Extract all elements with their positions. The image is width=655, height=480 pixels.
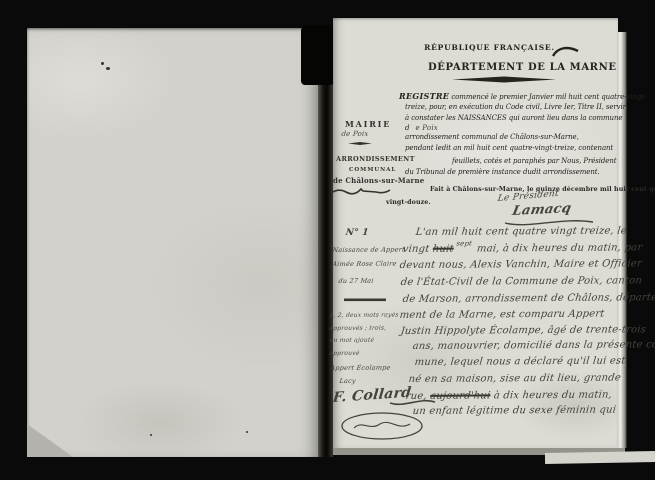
left-page-blank <box>27 28 320 457</box>
renvoi-note-line: approuvés ; trois, <box>329 325 387 332</box>
mairie-commune-handwritten: de Poix <box>341 130 369 138</box>
margin-title-line: du 27 Mai <box>338 277 374 285</box>
departement-title: DÉPARTEMENT DE LA MARNE <box>428 62 578 73</box>
act-line: de Marson, arrondissement de Châlons, dé… <box>402 292 655 305</box>
struck-word: aujourd'hui <box>430 390 492 401</box>
republique-title: RÉPUBLIQUE FRANÇAISE. <box>422 43 557 52</box>
act-line: ans, manouvrier, domicilié dans la prése… <box>412 339 655 352</box>
act-line: devant nous, Alexis Vanchin, Maire et Of… <box>399 258 643 271</box>
fait-a-line-wrap: vingt-douze. <box>386 199 431 206</box>
renvoi-note-line: un mot ajouté <box>329 337 375 344</box>
commune-name-handwritten: e Poix <box>416 124 438 132</box>
struck-word: huit <box>432 244 454 255</box>
act-line: de l'État-Civil de la Commune de Poix, c… <box>400 275 643 288</box>
act-line: un enfant légitime du sexe féminin qui <box>412 405 617 417</box>
registre-paragraph-line: du Tribunal de première instance dudit a… <box>405 168 600 176</box>
act-line: né en sa maison, sise au dit lieu, grand… <box>408 373 622 385</box>
book-gutter <box>318 26 333 457</box>
act-line: Justin Hippolyte Écolampe, âgé de trente… <box>400 324 647 337</box>
ink-speck <box>106 67 110 70</box>
margin-title-line: Aimée Rose Claire <box>332 260 397 268</box>
departement-underline-rule <box>452 76 556 83</box>
registre-paragraph-line: feuillets, cotés et paraphés par Nous, P… <box>452 157 616 165</box>
arrondissement-stamp: ARRONDISSEMENT <box>336 155 415 163</box>
mairie-stamp: MAIRIE <box>345 119 391 129</box>
registre-paragraph-line: pendant ledit an mil huit cent quatre-vi… <box>405 144 613 152</box>
chalons-stamp: de Châlons-sur-Marne <box>333 176 424 185</box>
act-line: vingt huitsept mai, à dix heures du mati… <box>402 242 643 255</box>
inserted-word: sept <box>456 240 473 248</box>
act-number: N° 1 <box>345 228 369 238</box>
act-line: rue, aujourd'hui à dix heures du matin, <box>405 390 613 402</box>
communal-stamp: COMMUNAL <box>349 167 396 173</box>
act-line: mune, lequel nous a déclaré qu'il lui es… <box>414 356 626 368</box>
scanned-register-spread: MAIRIE de Poix ARRONDISSEMENT COMMUNAL d… <box>0 0 655 480</box>
margin-signature: Appert Écolampe <box>330 364 391 372</box>
renvoi-note-line: 1, 2, deux mots rayés <box>329 312 399 319</box>
ink-speck <box>150 434 152 436</box>
margin-title-line: Naissance de Appert <box>332 245 405 254</box>
margin-rule <box>344 298 386 302</box>
ink-speck <box>101 62 104 65</box>
registre-word: REGISTRE <box>399 91 449 101</box>
ink-speck <box>246 431 248 433</box>
renvoi-note-line: approuvé <box>329 350 360 357</box>
stamp-swash-flourish <box>331 187 391 197</box>
act-line: ment de la Marne, est comparu Appert <box>399 309 605 321</box>
registre-paragraph-line: à constater les NAISSANCES qui auront li… <box>405 114 622 122</box>
registre-paragraph-line: REGISTRE commencé le premier Janvier mil… <box>399 91 646 101</box>
registre-paragraph-line: d e Poix <box>405 124 438 132</box>
republique-flourish <box>552 44 580 60</box>
margin-signature: Lacy <box>339 377 356 385</box>
registre-paragraph-line: treize, pour, en exécution du Code civil… <box>405 103 626 111</box>
registre-paragraph-line: arrondissement communal de Châlons-sur-M… <box>405 133 579 141</box>
page-stack-edge-light <box>545 451 655 464</box>
stamp-divider-rule <box>348 141 372 146</box>
act-line: L'an mil huit cent quatre vingt treize, … <box>415 226 627 238</box>
